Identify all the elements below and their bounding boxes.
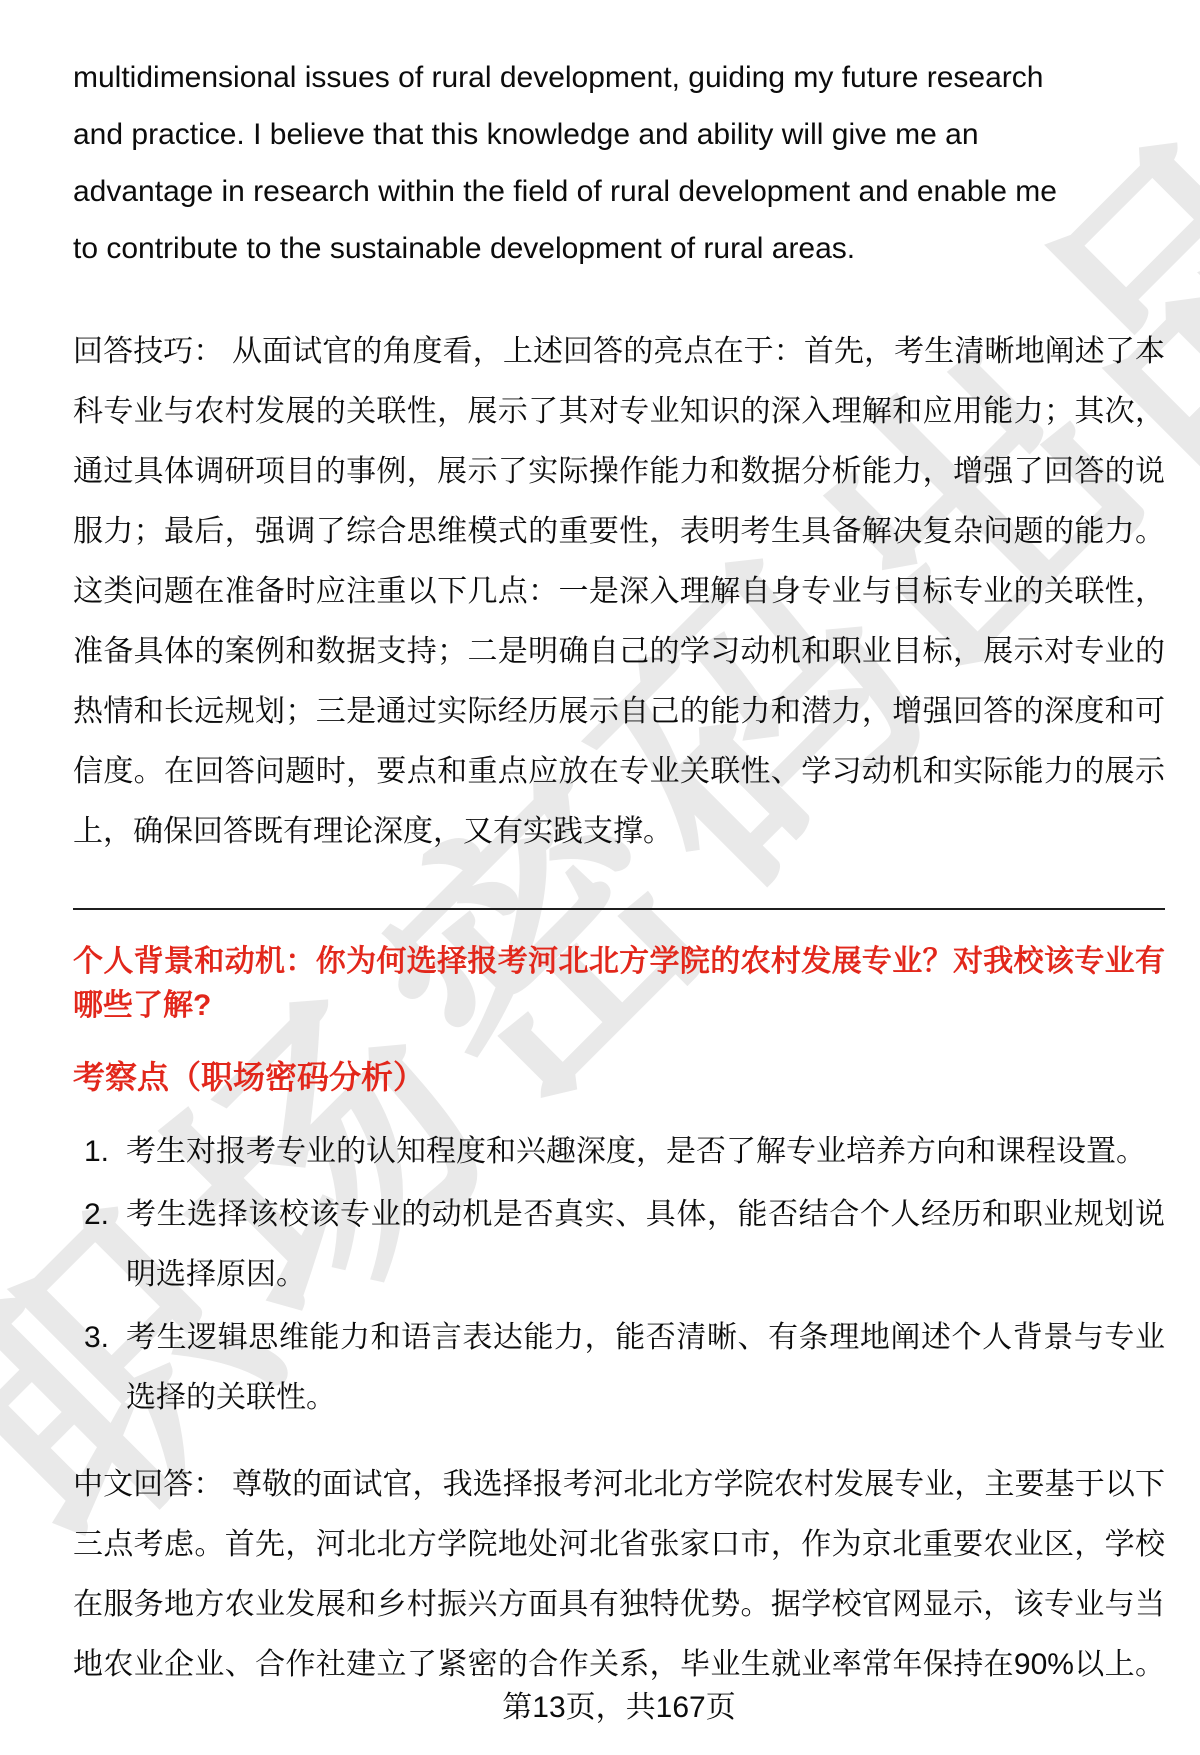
answer-tips-paragraph: 回答技巧： 从面试官的角度看，上述回答的亮点在于：首先，考生清晰地阐述了本 科专… bbox=[73, 322, 1165, 862]
text-line: 个人背景和动机：你为何选择报考河北北方学院的农村发展专业？对我校该专业有 bbox=[73, 940, 1165, 984]
text-line: 准备具体的案例和数据支持；二是明确自己的学习动机和职业目标，展示对专业的 bbox=[73, 622, 1165, 682]
list-item-number: 1. bbox=[84, 1122, 126, 1182]
text-line: 回答技巧： 从面试官的角度看，上述回答的亮点在于：首先，考生清晰地阐述了本 bbox=[73, 322, 1165, 382]
text-line: multidimensional issues of rural develop… bbox=[73, 49, 1165, 106]
text-line: 考生对报考专业的认知程度和兴趣深度，是否了解专业培养方向和课程设置。 bbox=[126, 1122, 1165, 1182]
text-line: 这类问题在准备时应注重以下几点：一是深入理解自身专业与目标专业的关联性， bbox=[73, 562, 1165, 622]
text-line: 哪些了解? bbox=[73, 984, 1165, 1028]
text-line: 地农业企业、合作社建立了紧密的合作关系，毕业生就业率常年保持在90%以上。 bbox=[73, 1635, 1165, 1695]
text-line: 科专业与农村发展的关联性，展示了其对专业知识的深入理解和应用能力；其次， bbox=[73, 382, 1165, 442]
text-line: 考生选择该校该专业的动机是否真实、具体，能否结合个人经历和职业规划说 bbox=[126, 1185, 1165, 1245]
analysis-heading: 考察点（职场密码分析） bbox=[73, 1056, 1165, 1098]
question-heading: 个人背景和动机：你为何选择报考河北北方学院的农村发展专业？对我校该专业有 哪些了… bbox=[73, 940, 1165, 1028]
text-line: 信度。在回答问题时，要点和重点应放在专业关联性、学习动机和实际能力的展示 bbox=[73, 742, 1165, 802]
list-item-number: 2. bbox=[84, 1185, 126, 1305]
text-line: 上，确保回答既有理论深度，又有实践支撑。 bbox=[73, 802, 1165, 862]
text-line: and practice. I believe that this knowle… bbox=[73, 106, 1165, 163]
text-line: 考生逻辑思维能力和语言表达能力，能否清晰、有条理地阐述个人背景与专业 bbox=[126, 1308, 1165, 1368]
document-page: 职场密码出品 multidimensional issues of rural … bbox=[0, 0, 1200, 1755]
section-divider bbox=[73, 908, 1165, 910]
text-line: 选择的关联性。 bbox=[126, 1368, 1165, 1428]
text-line: 三点考虑。首先，河北北方学院地处河北省张家口市，作为京北重要农业区，学校 bbox=[73, 1515, 1165, 1575]
text-line: 考察点（职场密码分析） bbox=[73, 1056, 1165, 1098]
list-item: 1. 考生对报考专业的认知程度和兴趣深度，是否了解专业培养方向和课程设置。 bbox=[73, 1122, 1165, 1182]
page-number-label: 第13页，共167页 bbox=[73, 1690, 1165, 1726]
text-line: 通过具体调研项目的事例，展示了实际操作能力和数据分析能力，增强了回答的说 bbox=[73, 442, 1165, 502]
english-paragraph: multidimensional issues of rural develop… bbox=[73, 49, 1165, 277]
text-line: 服力；最后，强调了综合思维模式的重要性，表明考生具备解决复杂问题的能力。 bbox=[73, 502, 1165, 562]
chinese-answer-paragraph: 中文回答： 尊敬的面试官，我选择报考河北北方学院农村发展专业，主要基于以下 三点… bbox=[73, 1455, 1165, 1695]
numbered-list: 1. 考生对报考专业的认知程度和兴趣深度，是否了解专业培养方向和课程设置。 2.… bbox=[73, 1122, 1165, 1431]
list-item: 3. 考生逻辑思维能力和语言表达能力，能否清晰、有条理地阐述个人背景与专业 选择… bbox=[73, 1308, 1165, 1428]
text-line: 热情和长远规划；三是通过实际经历展示自己的能力和潜力，增强回答的深度和可 bbox=[73, 682, 1165, 742]
list-item: 2. 考生选择该校该专业的动机是否真实、具体，能否结合个人经历和职业规划说 明选… bbox=[73, 1185, 1165, 1305]
text-line: 中文回答： 尊敬的面试官，我选择报考河北北方学院农村发展专业，主要基于以下 bbox=[73, 1455, 1165, 1515]
list-item-number: 3. bbox=[84, 1308, 126, 1428]
text-line: 在服务地方农业发展和乡村振兴方面具有独特优势。据学校官网显示，该专业与当 bbox=[73, 1575, 1165, 1635]
page-footer: 第13页，共167页 bbox=[73, 1690, 1165, 1726]
text-line: 明选择原因。 bbox=[126, 1245, 1165, 1305]
text-line: to contribute to the sustainable develop… bbox=[73, 220, 1165, 277]
text-line: advantage in research within the field o… bbox=[73, 163, 1165, 220]
